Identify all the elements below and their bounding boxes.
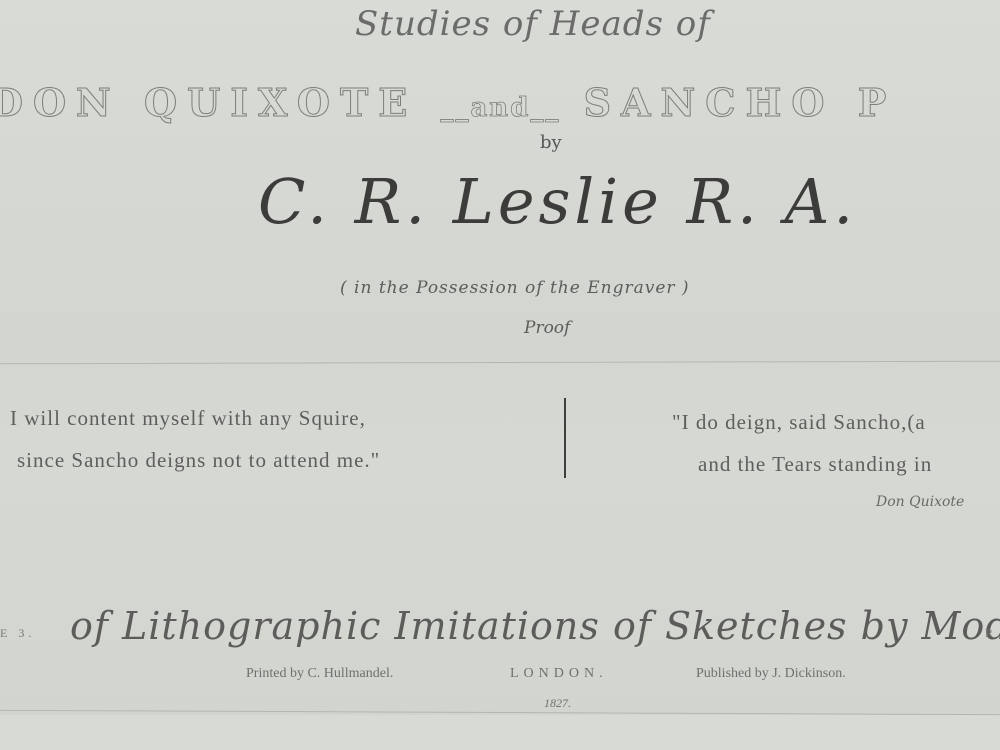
series-title: of Lithographic Imitations of Sketches b… [70, 604, 1000, 648]
lower-margin [0, 715, 1000, 750]
quote-divider [564, 398, 566, 478]
plate-number: E 3. [0, 626, 35, 641]
quote-right-line-2: and the Tears standing in [698, 452, 932, 477]
quote-source: Don Quixote [876, 494, 964, 510]
quote-left-line-1: I will content myself with any Squire, [10, 406, 366, 431]
proof-label: Proof [524, 318, 570, 338]
artist-signature: C. R. Leslie R. A. [258, 165, 857, 238]
title-right: SANCHO P [584, 80, 897, 125]
printer-credit: Printed by C. Hullmandel. [246, 666, 393, 682]
lithograph-sheet: Studies of Heads of DON QUIXOTE __and__ … [0, 0, 1000, 750]
main-title: DON QUIXOTE __and__ SANCHO P [0, 80, 1000, 125]
series-trailing: R [985, 626, 993, 641]
heading-script: Studies of Heads of [355, 4, 711, 44]
fold-line-upper [0, 361, 1000, 365]
possession-note: ( in the Possession of the Engraver ) [340, 278, 690, 298]
place-of-publication: LONDON. [510, 666, 608, 682]
publication-year: 1827. [544, 696, 571, 711]
quote-left-line-2: since Sancho deigns not to attend me." [17, 448, 380, 473]
publisher-credit: Published by J. Dickinson. [696, 666, 846, 682]
title-connector: __and__ [440, 93, 560, 123]
title-left: DON QUIXOTE [0, 80, 417, 125]
quote-right-line-1: "I do deign, said Sancho,(a [672, 410, 926, 435]
by-label: by [540, 132, 562, 153]
